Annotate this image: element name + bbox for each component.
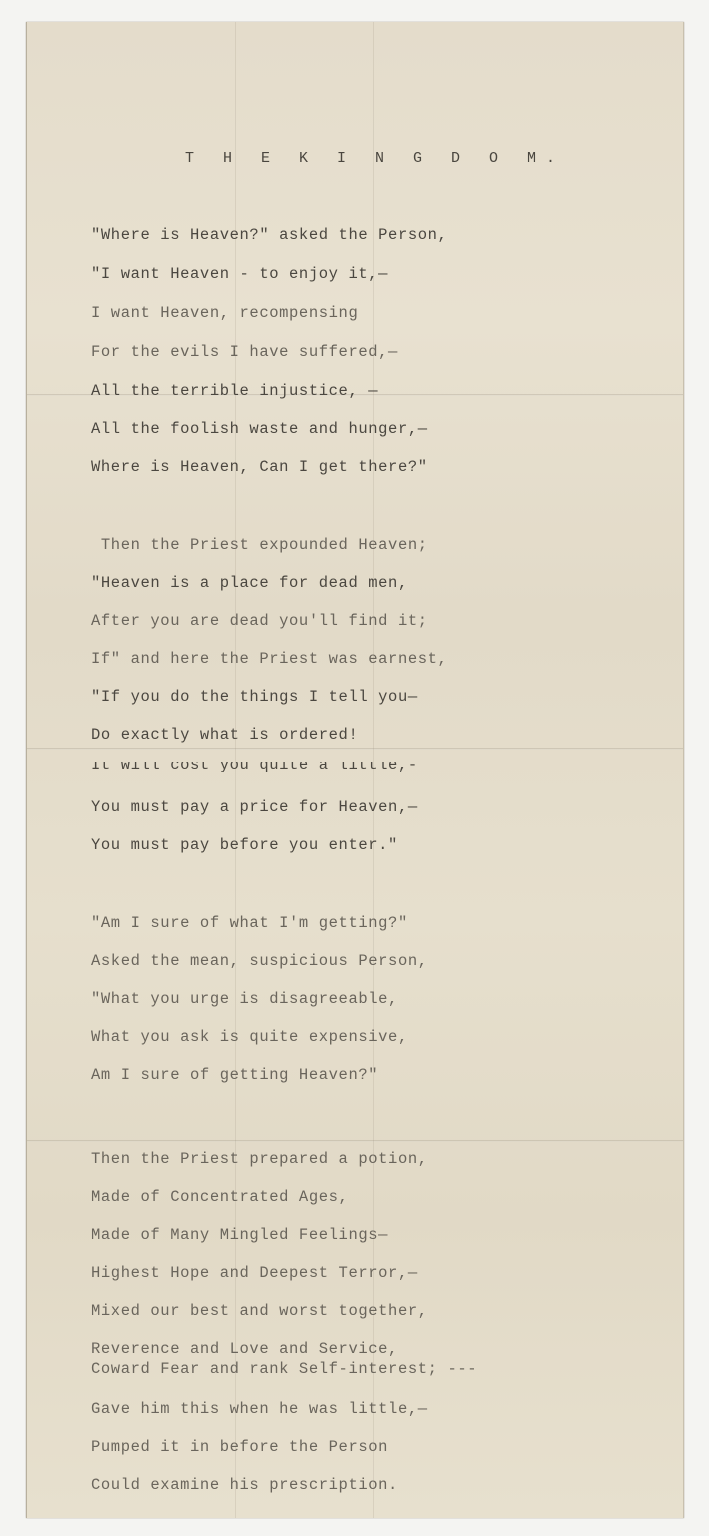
poem-line: I want Heaven, recompensing: [91, 304, 358, 322]
poem-line: If" and here the Priest was earnest,: [91, 650, 447, 668]
poem-line: All the terrible injustice, —: [91, 382, 378, 400]
poem-line: Asked the mean, suspicious Person,: [91, 952, 428, 970]
poem-line: Where is Heaven, Can I get there?": [91, 458, 428, 476]
poem-line: Do exactly what is ordered!: [91, 726, 358, 744]
poem-line: Highest Hope and Deepest Terror,—: [91, 1264, 418, 1282]
poem-line: Could examine his prescription.: [91, 1476, 398, 1494]
poem-line: Then the Priest expounded Heaven;: [91, 536, 428, 554]
poem-line-partially-hidden: It will cost you quite a little,-: [91, 762, 418, 772]
poem-line: Then the Priest prepared a potion,: [91, 1150, 428, 1168]
poem-line: After you are dead you'll find it;: [91, 612, 428, 630]
fold-line: [27, 748, 683, 750]
poem-line: "What you urge is disagreeable,: [91, 990, 398, 1008]
poem-line: "If you do the things I tell you—: [91, 688, 418, 706]
poem-line: You must pay before you enter.": [91, 836, 398, 854]
poem-title: T H E K I N G D O M.: [27, 150, 683, 167]
poem-line: "Where is Heaven?" asked the Person,: [91, 226, 447, 244]
poem-line: Gave him this when he was little,—: [91, 1400, 428, 1418]
poem-line: "Heaven is a place for dead men,: [91, 574, 408, 592]
poem-line: Am I sure of getting Heaven?": [91, 1066, 378, 1084]
poem-line: Made of Many Mingled Feelings—: [91, 1226, 388, 1244]
poem-line: All the foolish waste and hunger,—: [91, 420, 428, 438]
document-page: T H E K I N G D O M. "Where is Heaven?" …: [26, 22, 684, 1518]
fold-line: [27, 1140, 683, 1142]
poem-line: Reverence and Love and Service,: [91, 1340, 398, 1358]
poem-line: Pumped it in before the Person: [91, 1438, 388, 1456]
poem-line: Mixed our best and worst together,: [91, 1302, 428, 1320]
poem-line: What you ask is quite expensive,: [91, 1028, 408, 1046]
poem-line: Coward Fear and rank Self-interest; ---: [91, 1360, 477, 1378]
poem-line: Made of Concentrated Ages,: [91, 1188, 348, 1206]
poem-line: "I want Heaven - to enjoy it,—: [91, 265, 388, 283]
poem-line: "Am I sure of what I'm getting?": [91, 914, 408, 932]
poem-line: For the evils I have suffered,—: [91, 343, 398, 361]
poem-line: You must pay a price for Heaven,—: [91, 798, 418, 816]
